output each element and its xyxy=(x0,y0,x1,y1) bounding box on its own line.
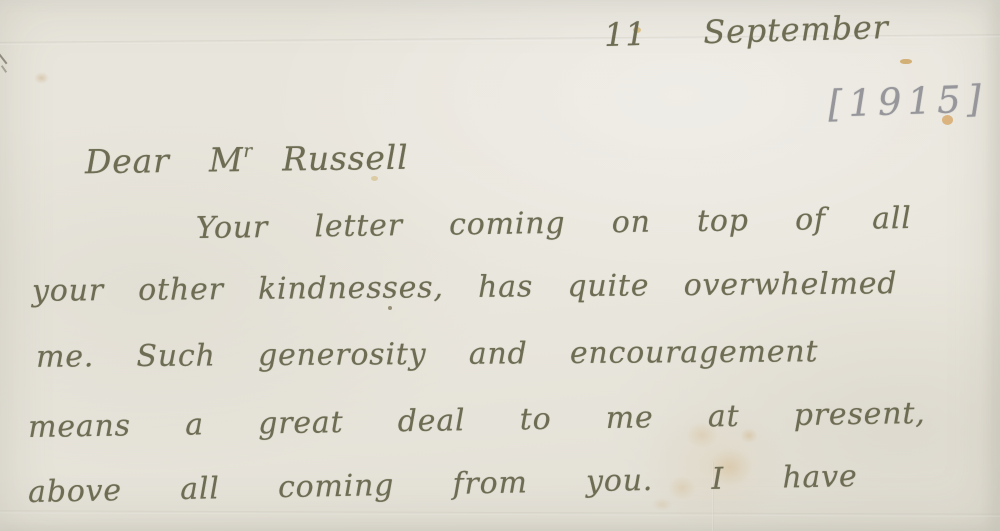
salutation-name: Russell xyxy=(282,138,409,179)
salutation-prefix: Dear M xyxy=(85,140,244,181)
salutation: Dear MrRussell xyxy=(85,138,409,182)
foxing-stain xyxy=(900,59,912,64)
letter-line: means a great deal to me at present, xyxy=(28,396,926,445)
edge-scratch-mark xyxy=(0,54,7,65)
letter-date: 11 September xyxy=(604,8,890,54)
foxing-stain xyxy=(652,498,672,511)
letter-page: 11 September [1915] Dear MrRussell Your … xyxy=(0,0,1000,531)
foxing-stain xyxy=(34,72,49,84)
salutation-superscript: r xyxy=(243,141,252,162)
edge-scratch-mark xyxy=(1,65,7,73)
letter-line: Your letter coming on top of all xyxy=(196,201,912,246)
letter-line: your other kindnesses, has quite overwhe… xyxy=(32,266,898,309)
year-annotation-pencil: [1915] xyxy=(827,77,987,126)
letter-line: me. Such generosity and encouragement xyxy=(36,334,819,374)
ink-speck xyxy=(388,306,392,310)
letter-line: above all coming from you. I have xyxy=(28,459,858,510)
paper-crease-horizontal xyxy=(0,510,1000,517)
